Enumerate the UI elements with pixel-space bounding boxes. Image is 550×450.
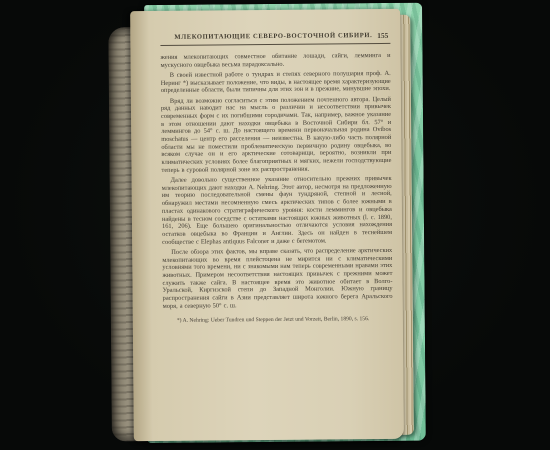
header-title: МЛЕКОПИТАЮЩИЕ СЕВЕРО-ВОСТОЧНОЙ СИБИРИ. [174,32,372,41]
body-text: жения млекопитающих совместное обитание … [161,52,393,310]
footnote: *) A. Nehring: Ueber Tundren und Steppen… [163,315,393,324]
book-page: МЛЕКОПИТАЮЩИЕ СЕВЕРО-ВОСТОЧНОЙ СИБИРИ. 1… [130,9,404,441]
paragraph: В своей известной работе о тундрах и сте… [161,70,391,95]
running-header: МЛЕКОПИТАЮЩИЕ СЕВЕРО-ВОСТОЧНОЙ СИБИРИ. 1… [160,31,390,46]
paragraph: жения млекопитающих совместное обитание … [161,52,391,69]
page-number: 155 [377,31,388,40]
open-book: МЛЕКОПИТАЮЩИЕ СЕВЕРО-ВОСТОЧНОЙ СИБИРИ. 1… [108,1,430,450]
paragraph: Вряд ли возможно согласиться с этим поло… [161,95,392,174]
book-photo: МЛЕКОПИТАЮЩИЕ СЕВЕРО-ВОСТОЧНОЙ СИБИРИ. 1… [0,0,550,450]
paragraph: После обзора этих фактов, мы вправе сказ… [162,247,393,311]
paragraph: Далее довольно существенное указание отн… [162,175,393,246]
